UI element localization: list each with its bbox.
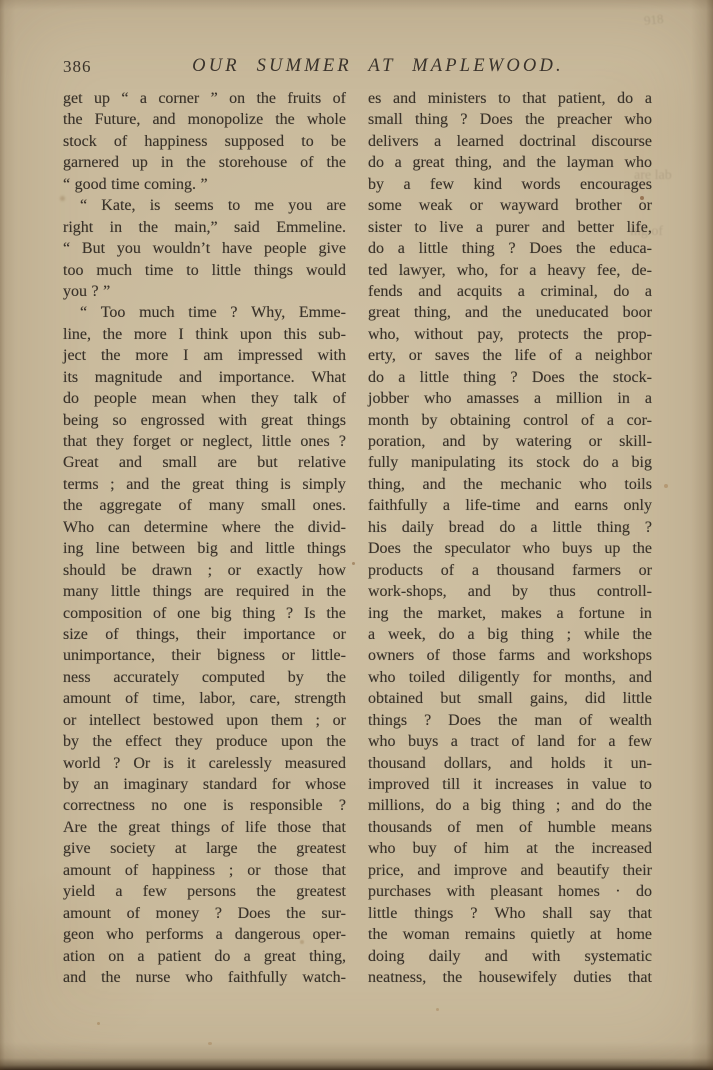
text-line: thing,andthemechanicwhotoils xyxy=(368,474,652,495)
text-line: itsmagnitudeandimportance.What xyxy=(63,367,346,388)
text-line: monthbyobtainingcontrolofacor- xyxy=(368,410,652,431)
text-line: andthenursewhofaithfullywatch- xyxy=(63,967,346,988)
text-line: jobberwhoamassesamillionina xyxy=(368,388,652,409)
text-column-left: getup“acorner”onthefruitsoftheFuture,and… xyxy=(63,88,346,988)
text-line: line,themoreIthinkuponthissub- xyxy=(63,324,346,345)
text-line: getup“acorner”onthefruitsof xyxy=(63,88,346,109)
text-line: aweek,doabigthing;whilethe xyxy=(368,624,652,645)
text-line: beingsoengrossedwithgreatthings xyxy=(63,410,346,431)
text-line: doagreatthing,andthelaymanwho xyxy=(368,152,652,173)
text-column-right: esandministerstothatpatient,doasmallthin… xyxy=(368,88,652,988)
text-line: thousanddollars,andholdsitun- xyxy=(368,753,652,774)
text-line: tedlawyer,who,foraheavyfee,de- xyxy=(368,260,652,281)
text-line: littlethings?Whoshallsaythat xyxy=(368,903,652,924)
text-line: poration,andbywateringorskill- xyxy=(368,431,652,452)
text-line: whobuysatractoflandforafew xyxy=(368,731,652,752)
text-line: price,andimproveandbeautifytheir xyxy=(368,860,652,881)
text-line: who,withoutpay,protectstheprop- xyxy=(368,324,652,345)
text-line: byanimaginarystandardforwhose xyxy=(63,774,346,795)
text-line: doingdailyandwithsystematic xyxy=(368,946,652,967)
text-line: terms;andthegreatthingissimply xyxy=(63,474,346,495)
text-line: Whocandeterminewherethedivid- xyxy=(63,517,346,538)
text-line: shouldbedrawn;orexactlyhow xyxy=(63,560,346,581)
text-line: stockofhappinesssupposedtobe xyxy=(63,131,346,152)
text-line: someweakorwaywardbrotheror xyxy=(368,195,652,216)
paper-speck xyxy=(436,1008,439,1011)
text-line: geonwhoperformsadangerousoper- xyxy=(63,924,346,945)
text-line: greatthing,andtheuneducatedboor xyxy=(368,302,652,323)
text-line: doalittlething?Doesthestock- xyxy=(368,367,652,388)
text-line: compositionofonebigthing?Isthe xyxy=(63,603,346,624)
text-line: fullymanipulatingitsstockdoabig xyxy=(368,452,652,473)
text-line: neatness,thehousewifelydutiesthat xyxy=(368,967,652,988)
page-number: 386 xyxy=(63,57,92,77)
text-line: ingthemarket,makesafortunein xyxy=(368,603,652,624)
text-line: orintellectbestoweduponthem;or xyxy=(63,710,346,731)
text-line: you?” xyxy=(63,281,346,302)
text-line: “goodtimecoming.” xyxy=(63,174,346,195)
text-line: ownersofthosefarmsandworkshops xyxy=(368,645,652,666)
text-line: doalittlething?Doestheeduca- xyxy=(368,238,652,259)
text-line: Arethegreatthingsoflifethosethat xyxy=(63,817,346,838)
running-title: OUR SUMMER AT MAPLEWOOD. xyxy=(192,56,564,77)
paper-speck xyxy=(664,484,668,488)
text-line: nessaccuratelycomputedbythe xyxy=(63,667,346,688)
text-line: millions,doabigthing;anddothe xyxy=(368,795,652,816)
text-line: erty,orsavesthelifeofaneighbor xyxy=(368,345,652,366)
text-line: sizeofthings,theirimportanceor xyxy=(63,624,346,645)
text-line: “Butyouwouldn’thavepeoplegive xyxy=(63,238,346,259)
text-line: work-shops,andbythuscontroll- xyxy=(368,581,652,602)
text-line: purchaseswithpleasanthomes·do xyxy=(368,881,652,902)
text-line: bytheeffecttheyproduceuponthe xyxy=(63,731,346,752)
text-line: rightinthemain,”saidEmmeline. xyxy=(63,217,346,238)
text-line: unimportance,theirbignessorlittle- xyxy=(63,645,346,666)
text-line: inglinebetweenbigandlittlethings xyxy=(63,538,346,559)
text-line: ationonapatientdoagreatthing, xyxy=(63,946,346,967)
text-line: yieldafewpersonsthegreatest xyxy=(63,881,346,902)
text-line: deliversalearneddoctrinaldiscourse xyxy=(368,131,652,152)
text-line: thattheyforgetorneglect,littleones? xyxy=(63,431,346,452)
text-line: world?Orisitcarelesslymeasured xyxy=(63,753,346,774)
text-line: thewomanremainsquietlyathome xyxy=(368,924,652,945)
text-line: whotoileddiligentlyformonths,and xyxy=(368,667,652,688)
text-line: byafewkindwordsencourages xyxy=(368,174,652,195)
text-line: manylittlethingsarerequiredinthe xyxy=(63,581,346,602)
scanned-book-page: { "page": { "number": "386", "title": "O… xyxy=(0,0,713,1070)
paper-speck xyxy=(208,1042,212,1045)
paper-speck xyxy=(352,562,355,565)
text-line: “Toomuchtime?Why,Emme- xyxy=(63,302,346,323)
text-line: garneredupinthestorehouseofthe xyxy=(63,152,346,173)
text-line: improvedtillitincreasesinvalueto xyxy=(368,774,652,795)
text-line: fendsandacquitsacriminal,doa xyxy=(368,281,652,302)
text-line: things?Doesthemanofwealth xyxy=(368,710,652,731)
text-line: obtainedbutsmallgains,didlittle xyxy=(368,688,652,709)
text-line: theaggregateofmanysmallones. xyxy=(63,495,346,516)
text-line: Greatandsmallarebutrelative xyxy=(63,452,346,473)
text-line: jectthemoreIamimpressedwith xyxy=(63,345,346,366)
text-line: “Kate,isseemstomeyouare xyxy=(63,195,346,216)
text-line: whobuyofhimattheincreased xyxy=(368,838,652,859)
text-line: sistertoliveapurerandbetterlife, xyxy=(368,217,652,238)
text-line: esandministerstothatpatient,doa xyxy=(368,88,652,109)
text-line: toomuchtimetolittlethingswould xyxy=(63,260,346,281)
text-line: amountoftime,labor,care,strength xyxy=(63,688,346,709)
bleed-through-text: 918 xyxy=(643,11,664,29)
text-line: correctnessnooneisresponsible? xyxy=(63,795,346,816)
paper-speck xyxy=(97,1022,100,1025)
text-line: amountofhappiness;orthosethat xyxy=(63,860,346,881)
text-line: givesocietyatlargethegreatest xyxy=(63,838,346,859)
text-line: dopeoplemeanwhentheytalkof xyxy=(63,388,346,409)
text-line: smallthing?Doesthepreacherwho xyxy=(368,109,652,130)
text-line: hisdailybreaddoalittlething? xyxy=(368,517,652,538)
text-line: amountofmoney?Doesthesur- xyxy=(63,903,346,924)
text-line: faithfullyalife-timeandearnsonly xyxy=(368,495,652,516)
text-line: thousandsofmenofhumblemeans xyxy=(368,817,652,838)
text-line: Doesthespeculatorwhobuysupthe xyxy=(368,538,652,559)
text-line: productsofathousandfarmersor xyxy=(368,560,652,581)
text-line: theFuture,andmonopolizethewhole xyxy=(63,109,346,130)
